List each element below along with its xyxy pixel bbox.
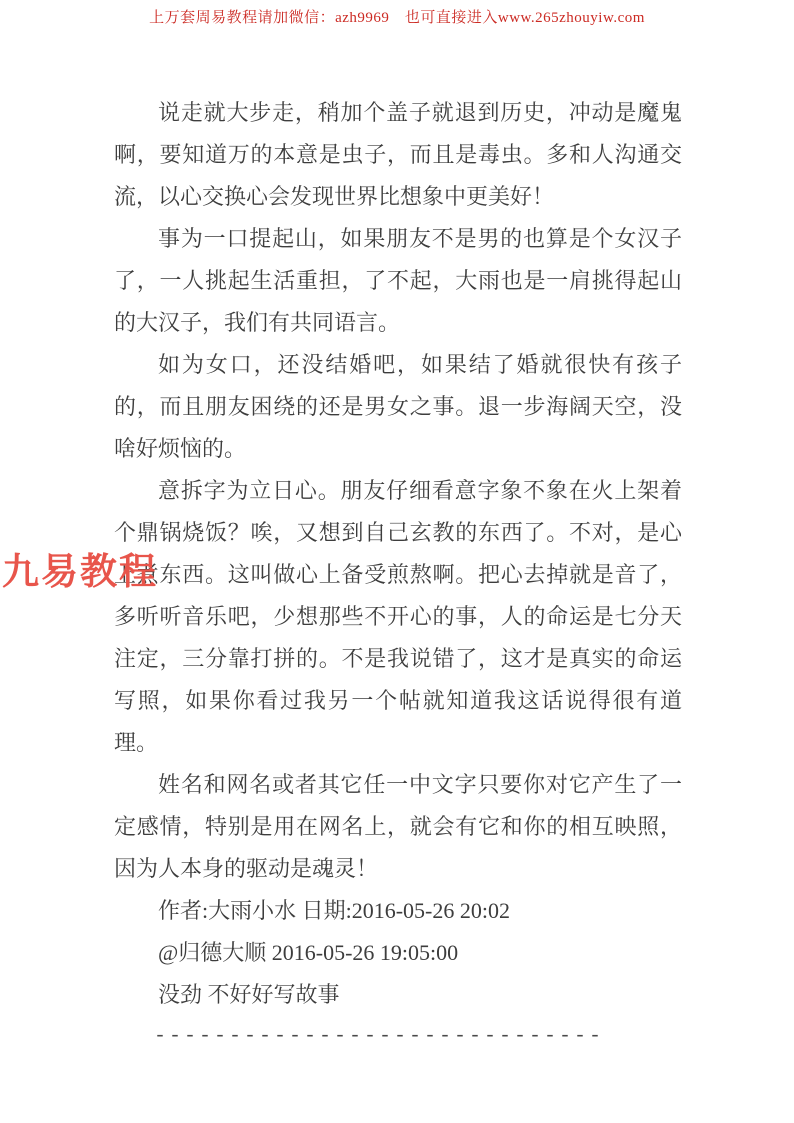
comment-line: 没劲 不好好写故事 xyxy=(114,974,682,1016)
paragraph-1: 说走就大步走，稍加个盖子就退到历史，冲动是魔鬼啊，要知道万的本意是虫子，而且是毒… xyxy=(114,92,682,218)
document-page: 上万套周易教程请加微信：azh9969 也可直接进入www.265zhouyiw… xyxy=(0,0,794,1123)
paragraph-3: 如为女口，还没结婚吧，如果结了婚就很快有孩子的，而且朋友困绕的还是男女之事。退一… xyxy=(114,344,682,470)
paragraph-4: 意拆字为立日心。朋友仔细看意字象不象在火上架着个鼎锅烧饭？唉，又想到自己玄教的东… xyxy=(114,470,682,764)
separator-line: ------------------------------ xyxy=(114,1016,682,1058)
document-body: 说走就大步走，稍加个盖子就退到历史，冲动是魔鬼啊，要知道万的本意是虫子，而且是毒… xyxy=(114,92,682,1058)
watermark-text: 九易教程 xyxy=(2,541,158,595)
promo-header-text: 上万套周易教程请加微信：azh9969 也可直接进入www.265zhouyiw… xyxy=(0,6,794,27)
reply-user-line: @归德大顺 2016-05-26 19:05:00 xyxy=(114,932,682,974)
author-date-line: 作者:大雨小水 日期:2016-05-26 20:02 xyxy=(114,890,682,932)
paragraph-2: 事为一口提起山，如果朋友不是男的也算是个女汉子了，一人挑起生活重担，了不起，大雨… xyxy=(114,218,682,344)
paragraph-5: 姓名和网名或者其它任一中文字只要你对它产生了一定感情，特别是用在网名上，就会有它… xyxy=(114,764,682,890)
